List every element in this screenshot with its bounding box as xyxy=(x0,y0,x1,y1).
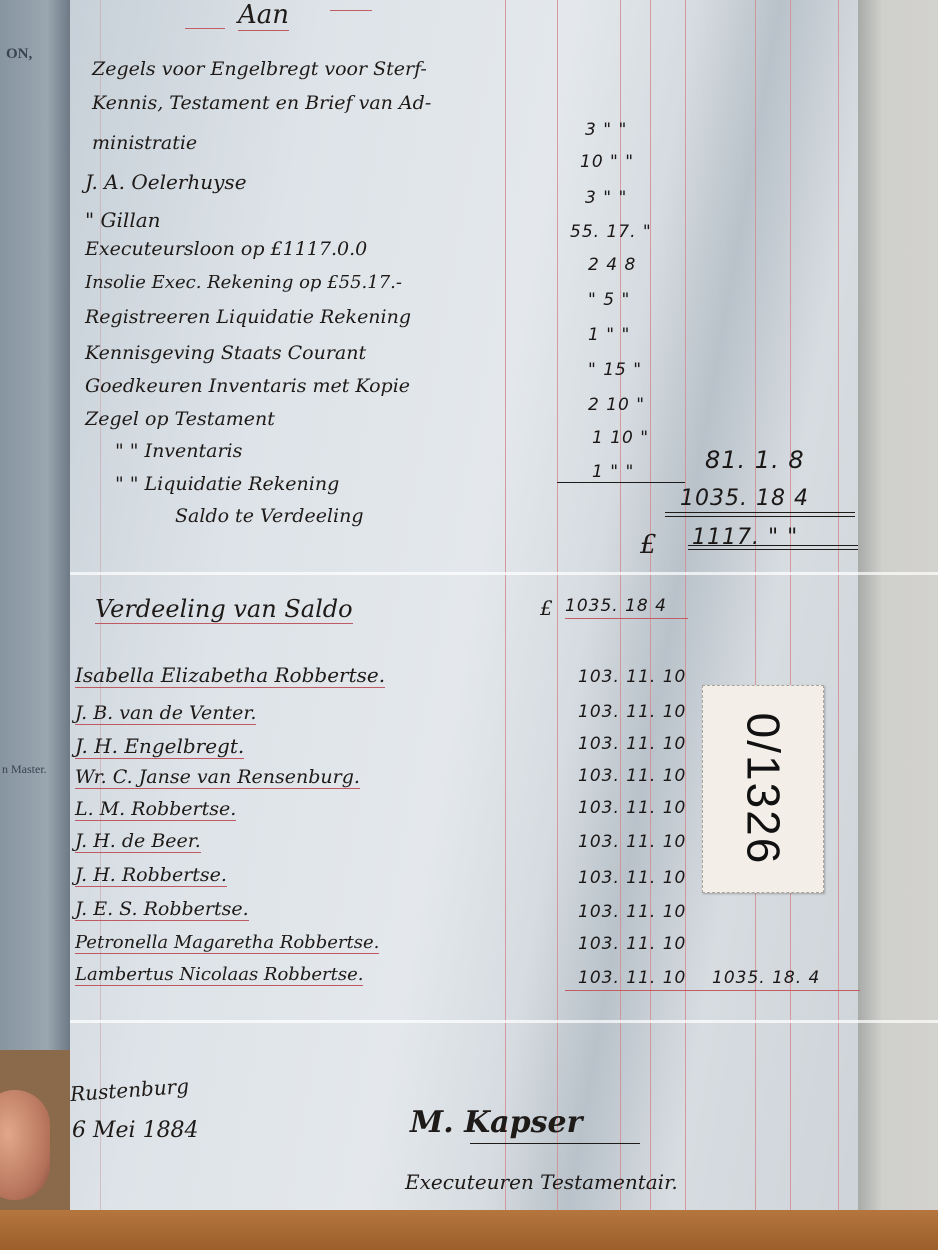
expense-total: 81. 1. 8 xyxy=(705,446,805,474)
heir-amount: 103. 11. 10 xyxy=(578,702,686,722)
total-rule xyxy=(565,990,860,991)
printed-text-fragment: n Master. xyxy=(2,762,47,777)
column-rule xyxy=(790,0,791,1220)
expense-amount: 1 " " xyxy=(592,462,634,482)
expense-line: " " Liquidatie Rekening xyxy=(115,473,339,495)
distribution-heading: Verdeeling van Saldo xyxy=(95,595,353,624)
wooden-table xyxy=(0,1210,938,1250)
heir-amount: 103. 11. 10 xyxy=(578,766,686,786)
expense-amount: 1 10 " xyxy=(592,428,649,448)
heading-rule xyxy=(185,28,225,29)
heir-amount: 103. 11. 10 xyxy=(578,868,686,888)
expense-line: Executeursloon op £1117.0.0 xyxy=(85,238,367,260)
signature-rule xyxy=(470,1143,640,1144)
expense-line: Zegel op Testament xyxy=(85,408,275,430)
column-rule xyxy=(505,0,506,1220)
column-rule xyxy=(557,0,558,1220)
heir-amount: 103. 11. 10 xyxy=(578,832,686,852)
expense-line: " " Inventaris xyxy=(115,440,242,462)
amount-rule xyxy=(565,618,688,619)
heir-name: Isabella Elizabetha Robbertse. xyxy=(75,663,385,688)
expense-amount: 2 4 8 xyxy=(588,255,636,275)
heir-amount: 103. 11. 10 xyxy=(578,734,686,754)
expense-amount: " 15 " xyxy=(588,360,642,380)
expense-line: Kennis, Testament en Brief van Ad- xyxy=(92,92,431,114)
expense-line: ministratie xyxy=(92,132,197,154)
grand-total: 1117. " " xyxy=(692,525,798,550)
distribution-heading-amount: 1035. 18 4 xyxy=(565,596,667,616)
expense-line: J. A. Oelerhuyse xyxy=(85,170,247,194)
section-heading: Aan xyxy=(238,0,289,31)
heir-name: J. H. Engelbregt. xyxy=(75,734,244,759)
printed-text-fragment: ON, xyxy=(6,46,32,63)
heir-amount: 103. 11. 10 xyxy=(578,902,686,922)
expense-amount: 1 " " xyxy=(588,325,630,345)
saldo-amount: 1035. 18 4 xyxy=(680,486,809,511)
total-rule xyxy=(665,512,855,513)
expense-amount: " 5 " xyxy=(588,290,630,310)
paper-fold xyxy=(70,1020,938,1023)
column-rule xyxy=(755,0,756,1220)
paper-fold xyxy=(70,572,938,575)
heir-name: J. B. van de Venter. xyxy=(75,702,256,725)
heir-name: J. H. Robbertse. xyxy=(75,864,227,887)
archive-code: 0/1326 xyxy=(736,713,790,866)
expense-amount: 55. 17. " xyxy=(570,222,652,242)
heir-amount: 103. 11. 10 xyxy=(578,667,686,687)
subtotal-rule xyxy=(557,482,685,483)
expense-amount: 2 10 " xyxy=(588,395,645,415)
heir-name: J. E. S. Robbertse. xyxy=(75,898,249,921)
archive-sticker: 0/1326 xyxy=(702,685,824,893)
total-rule xyxy=(665,516,855,517)
column-rule xyxy=(685,0,686,1220)
expense-line: Goedkeuren Inventaris met Kopie xyxy=(85,375,410,397)
heir-amount: 103. 11. 10 xyxy=(578,968,686,988)
heir-name: Lambertus Nicolaas Robbertse. xyxy=(75,964,363,986)
heir-name: Petronella Magaretha Robbertse. xyxy=(75,932,379,954)
expense-line: Insolie Exec. Rekening op £55.17.- xyxy=(85,272,402,293)
pound-symbol: £ xyxy=(540,596,553,620)
holding-thumb xyxy=(0,1090,50,1200)
heir-amount: 103. 11. 10 xyxy=(578,798,686,818)
signatory-role: Executeuren Testamentair. xyxy=(405,1170,678,1194)
signature: M. Kapser xyxy=(410,1105,582,1140)
total-rule xyxy=(688,549,858,550)
saldo-label: Saldo te Verdeeling xyxy=(175,505,364,527)
heir-name: Wr. C. Janse van Rensenburg. xyxy=(75,766,360,789)
expense-amount: 3 " " xyxy=(585,120,627,140)
expense-line: Registreeren Liquidatie Rekening xyxy=(85,306,411,328)
column-rule xyxy=(838,0,839,1220)
heading-rule xyxy=(330,10,372,11)
expense-line: Kennisgeving Staats Courant xyxy=(85,342,366,364)
expense-line: " Gillan xyxy=(85,208,161,232)
pound-symbol: £ xyxy=(640,530,657,560)
heir-amount: 103. 11. 10 xyxy=(578,934,686,954)
date-text: 6 Mei 1884 xyxy=(72,1118,199,1143)
expense-line: Zegels voor Engelbregt voor Sterf- xyxy=(92,58,427,80)
distribution-total: 1035. 18. 4 xyxy=(712,968,820,988)
heir-name: L. M. Robbertse. xyxy=(75,798,236,821)
expense-amount: 3 " " xyxy=(585,188,627,208)
total-rule xyxy=(688,545,858,546)
folded-sheet-edge xyxy=(858,0,938,1220)
adjacent-book-page: ON, n Master. xyxy=(0,0,78,1050)
heir-name: J. H. de Beer. xyxy=(75,830,201,853)
expense-amount: 10 " " xyxy=(580,152,634,172)
